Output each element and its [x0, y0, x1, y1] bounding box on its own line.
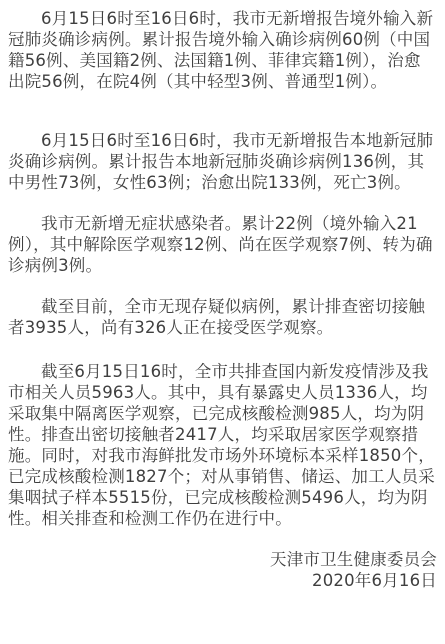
paragraph-local-cases: 6月15日6时至16日6时，我市无新增报告本地新冠肺炎确诊病例。累计报告本地新冠…: [8, 130, 437, 193]
issue-date: 2020年6月16日: [8, 570, 437, 591]
announcement-document: 6月15日6时至16日6时，我市无新增报告境外输入新冠肺炎确诊病例。累计报告境外…: [0, 0, 445, 644]
paragraph-screening-testing: 截至6月15日16时，全市共排查国内新发疫情涉及我市相关人员5963人。其中，具…: [8, 361, 437, 529]
paragraph-suspected-cases: 截至目前，全市无现存疑似病例，累计排查密切接触者3935人，尚有326人正在接受…: [8, 296, 437, 338]
paragraph-asymptomatic-cases: 我市无新增无症状感染者。累计22例（境外输入21例），其中解除医学观察12例、尚…: [8, 213, 437, 276]
paragraph-imported-cases: 6月15日6时至16日6时，我市无新增报告境外输入新冠肺炎确诊病例。累计报告境外…: [8, 8, 437, 92]
issuer-name: 天津市卫生健康委员会: [8, 549, 437, 570]
signature-block: 天津市卫生健康委员会 2020年6月16日: [8, 549, 437, 591]
